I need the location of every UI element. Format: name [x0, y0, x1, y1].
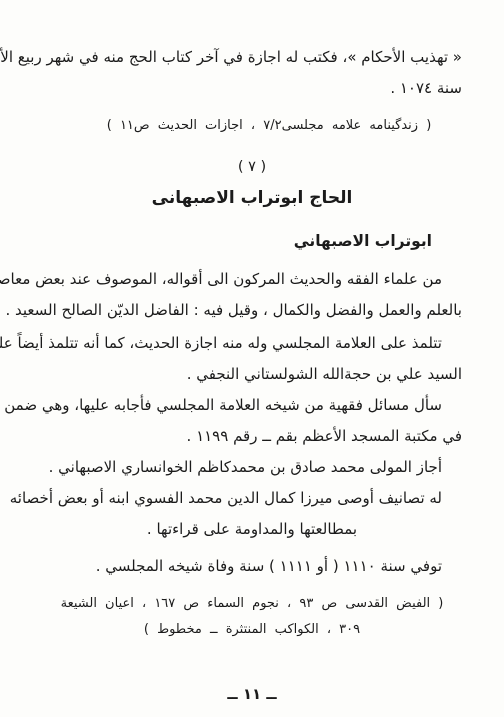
intro-paragraph: « تهذيب الأحكام »، فكتب له اجازة في آخر …	[42, 42, 462, 104]
paragraph-description: من علماء الفقه والحديث المركون الى أقوال…	[42, 264, 462, 326]
paragraph-line: له تصانيف أوصى ميرزا كمال الدين محمد الف…	[42, 483, 462, 514]
paragraph-death: توفي سنة ١١١٠ ( أو ١١١١ ) سنة وفاة شيخه …	[42, 551, 462, 582]
entry-title: الحاج ابوتراب الاصبهانى	[42, 183, 462, 213]
paragraph-ijaza: أجاز المولى محمد صادق بن محمدكاظم الخوان…	[42, 452, 462, 483]
entry-number: ( ٧ )	[42, 154, 462, 180]
source-citation-top: ( زندگينامه علامه مجلسى٧/٢ ، اجازات الحد…	[42, 113, 462, 139]
paragraph-line: السيد علي بن حجةالله الشولستاني النجفي .	[42, 359, 462, 390]
paragraph-line: توفي سنة ١١١٠ ( أو ١١١١ ) سنة وفاة شيخه …	[42, 551, 462, 582]
paragraph-line: من علماء الفقه والحديث المركون الى أقوال…	[42, 264, 462, 295]
paragraph-line: تتلمذ على العلامة المجلسي وله منه اجازة …	[42, 328, 462, 359]
source-citation-bottom: ( الفيض القدسى ص ٩٣ ، نجوم السماء ص ١٦٧ …	[42, 591, 462, 643]
paragraph-line: بالعلم والعمل والفضل والكمال ، وقيل فيه …	[42, 295, 462, 326]
paragraph-line: سأل مسائل فقهية من شيخه العلامة المجلسي …	[42, 390, 462, 421]
paragraph-line: بمطالعتها والمداومة على قراءتها .	[42, 514, 462, 545]
intro-line-1: « تهذيب الأحكام »، فكتب له اجازة في آخر …	[42, 42, 462, 73]
paragraph-line: في مكتبة المسجد الأعظم بقم ــ رقم ١١٩٩ .	[42, 421, 462, 452]
paragraph-line: أجاز المولى محمد صادق بن محمدكاظم الخوان…	[42, 452, 462, 483]
entry-subtitle: ابوتراب الاصبهاني	[42, 226, 462, 256]
citation-line: ( الفيض القدسى ص ٩٣ ، نجوم السماء ص ١٦٧ …	[42, 591, 462, 617]
paragraph-questions: سأل مسائل فقهية من شيخه العلامة المجلسي …	[42, 390, 462, 452]
paragraph-teachers: تتلمذ على العلامة المجلسي وله منه اجازة …	[42, 328, 462, 390]
intro-line-2: سنة ١٠٧٤ .	[42, 73, 462, 104]
citation-line: ٣٠٩ ، الكواكب المنتثرة ــ مخطوط )	[42, 617, 462, 643]
book-page: « تهذيب الأحكام »، فكتب له اجازة في آخر …	[0, 0, 504, 717]
paragraph-works: له تصانيف أوصى ميرزا كمال الدين محمد الف…	[42, 483, 462, 545]
page-number: ــ ١١ ــ	[0, 685, 504, 703]
